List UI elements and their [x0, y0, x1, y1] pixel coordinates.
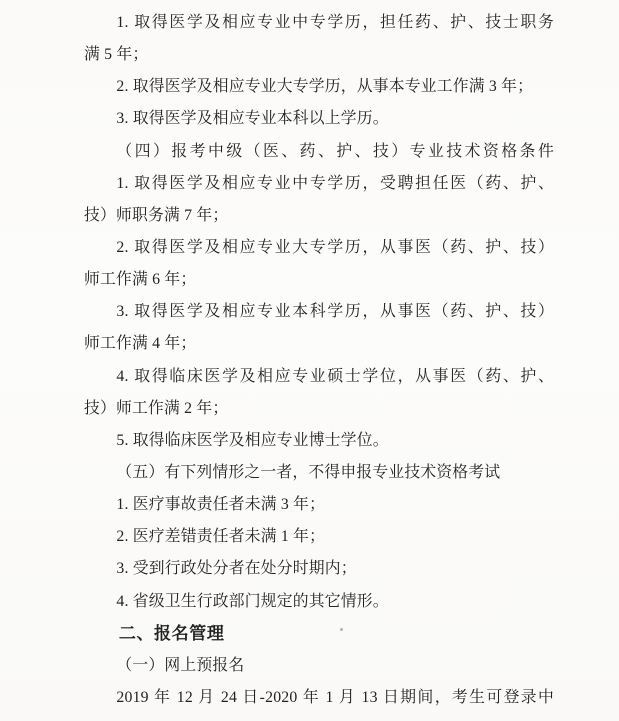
- section-heading-two: 二、报名管理: [84, 618, 554, 650]
- list-item-line: 5. 取得临床医学及相应专业博士学位。: [84, 425, 554, 457]
- list-item-continuation: 满 5 年；: [84, 39, 554, 71]
- list-item-continuation: 技）师职务满 7 年；: [84, 200, 554, 232]
- list-item-continuation: 师工作满 6 年；: [84, 264, 554, 296]
- list-item-line: 1. 取得医学及相应专业中专学历，担任药、护、技士职务: [84, 7, 554, 39]
- list-item-line: 4. 省级卫生行政部门规定的其它情形。: [84, 586, 554, 618]
- list-item-line: 2. 取得医学及相应专业大专学历，从事医（药、护、技）: [84, 232, 554, 264]
- subsection-heading-four: （四）报考中级（医、药、护、技）专业技术资格条件: [84, 136, 554, 168]
- paragraph-line-dates: 2019 年 12 月 24 日-2020 年 1 月 13 日期间，考生可登录…: [84, 682, 554, 714]
- list-item-continuation: 技）师工作满 2 年；: [84, 393, 554, 425]
- list-item-continuation: 师工作满 4 年；: [84, 328, 554, 360]
- list-item-line: 1. 医疗事故责任者未满 3 年；: [84, 489, 554, 521]
- list-item-line: 3. 取得医学及相应专业本科以上学历。: [84, 103, 554, 135]
- subsection-heading-five: （五）有下列情形之一者，不得申报专业技术资格考试: [84, 457, 554, 489]
- scan-artifact-dot: [340, 628, 343, 631]
- list-item-line: 2. 取得医学及相应专业大专学历，从事本专业工作满 3 年；: [84, 71, 554, 103]
- list-item-line: 2. 医疗差错责任者未满 1 年；: [84, 521, 554, 553]
- document-page: 1. 取得医学及相应专业中专学历，担任药、护、技士职务 满 5 年； 2. 取得…: [84, 7, 554, 714]
- subsection-heading-one: （一）网上预报名: [84, 650, 554, 682]
- list-item-line: 3. 取得医学及相应专业本科学历，从事医（药、护、技）: [84, 296, 554, 328]
- list-item-line: 4. 取得临床医学及相应专业硕士学位，从事医（药、护、: [84, 361, 554, 393]
- list-item-line: 1. 取得医学及相应专业中专学历，受聘担任医（药、护、: [84, 168, 554, 200]
- list-item-line: 3. 受到行政处分者在处分时期内；: [84, 553, 554, 585]
